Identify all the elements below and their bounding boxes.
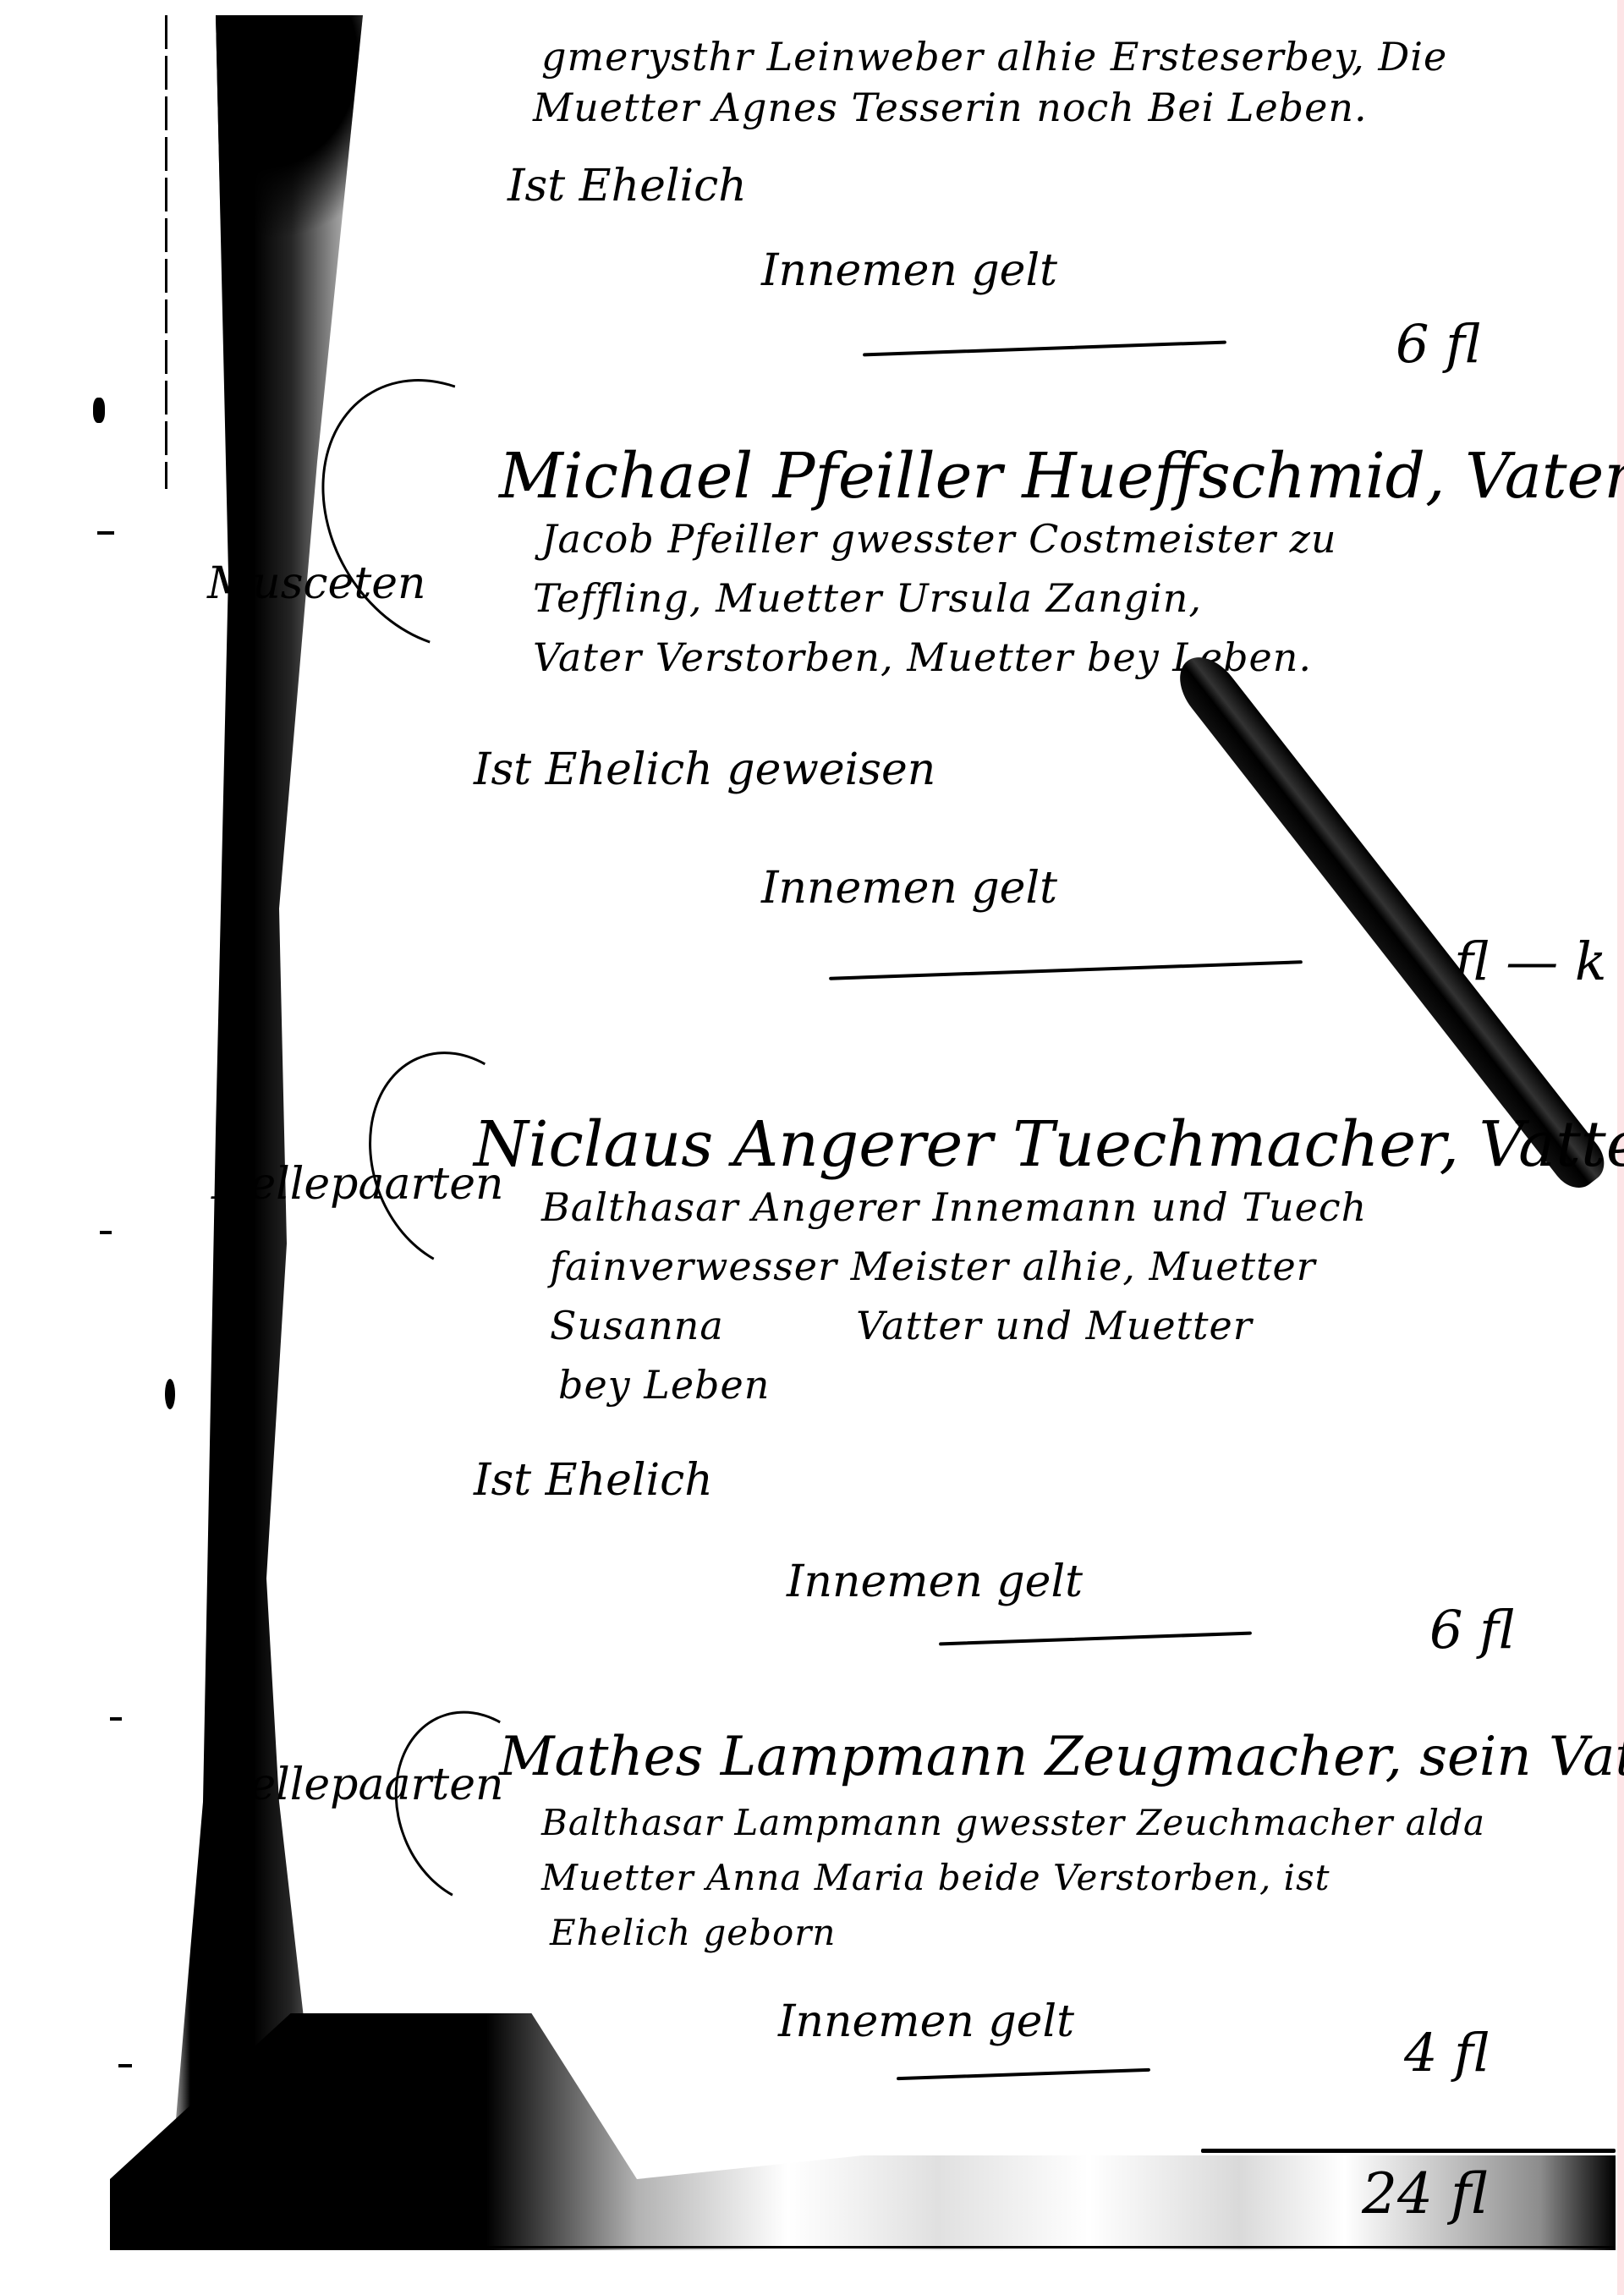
margin-mark (100, 1231, 112, 1234)
entry-line: bey Leben (558, 1362, 770, 1408)
margin-mark (97, 531, 114, 535)
margin-mark (165, 1379, 175, 1409)
margin-rule (165, 15, 167, 489)
entry-line: Muetter Agnes Tesserin noch Bei Leben. (533, 85, 1368, 130)
fee-formula: Innemen gelt (778, 1996, 1074, 2047)
fee-amount: 6 fl (1396, 313, 1481, 375)
entry-name-line: Mathes Lampmann Zeugmacher, sein Vater (499, 1726, 1624, 1788)
entry-name-line: Niclaus Angerer Tuechmacher, Vatter (474, 1108, 1624, 1181)
entry-line: fainverwesser Meister alhie, Muetter (550, 1244, 1316, 1289)
entry-line: Muetter Anna Maria beide Verstorben, ist (541, 1857, 1330, 1898)
fee-underline (897, 2068, 1150, 2080)
margin-label-hellepaarten: Hellepaarten (211, 1159, 503, 1210)
margin-label-musceten: Musceten (207, 558, 425, 609)
margin-mark (118, 2064, 132, 2067)
fee-formula: Innemen gelt (787, 1557, 1083, 1607)
fee-amount: 4 fl (1404, 2022, 1490, 2084)
legitimacy-formula: Ist Ehelich geweisen (474, 744, 935, 795)
entry-line: gmerysthr Leinweber alhie Ersteserbey, D… (541, 34, 1447, 80)
legitimacy-formula: Ist Ehelich (474, 1455, 713, 1506)
manuscript-page: gmerysthr Leinweber alhie Ersteserbey, D… (0, 0, 1624, 2295)
fee-underline (863, 340, 1226, 356)
entry-line: Susanna Vatter und Muetter (550, 1303, 1253, 1348)
fee-amount: 6 fl (1429, 1599, 1515, 1661)
page-bottom-edge (110, 2246, 1616, 2248)
margin-mark (110, 1717, 122, 1721)
fee-underline (829, 960, 1303, 980)
fee-underline (939, 1632, 1252, 1646)
entry-line: Balthasar Lampmann gwesster Zeuchmacher … (541, 1802, 1485, 1843)
entry-line: Ehelich geborn (550, 1912, 836, 1953)
page-total: 24 fl (1362, 2161, 1488, 2226)
entry-line: Balthasar Angerer Innemann und Tuech (541, 1184, 1367, 1230)
fee-formula: Innemen gelt (761, 245, 1057, 296)
fee-formula: Innemen gelt (761, 863, 1057, 914)
entry-line: Teffling, Muetter Ursula Zangin, (533, 575, 1202, 621)
margin-mark (93, 398, 105, 423)
entry-line: Jacob Pfeiller gwesster Costmeister zu (541, 516, 1336, 562)
total-rule (1201, 2149, 1616, 2153)
margin-label-hellepaarten: Hellepaarten (211, 1760, 503, 1810)
entry-name-line: Michael Pfeiller Hueffschmid, Vater (499, 440, 1624, 513)
legitimacy-formula: Ist Ehelich (507, 161, 747, 211)
